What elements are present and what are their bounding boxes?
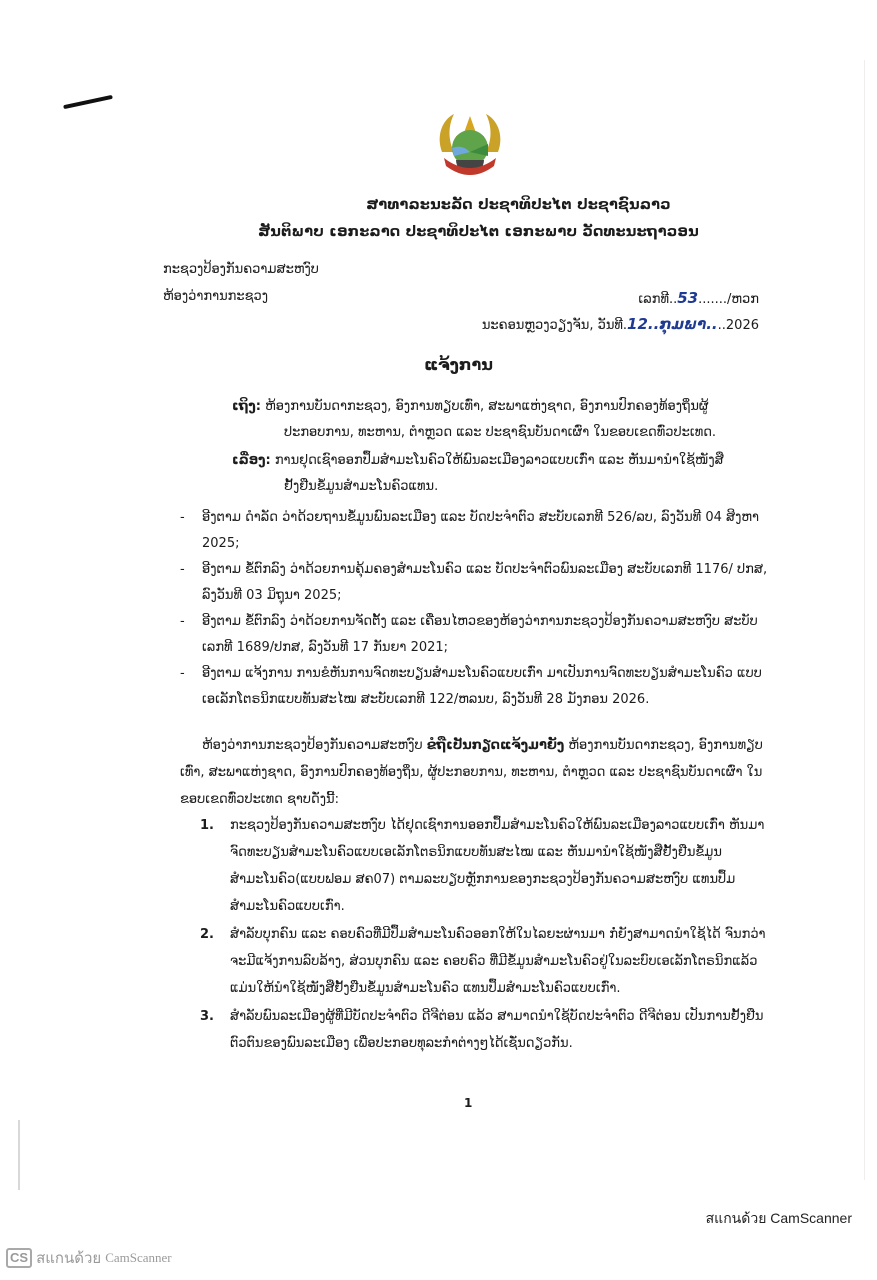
- subject-block: ເລື່ອງ: ການຢຸດເຊົາອອກປຶ້ມສຳມະໂນຄົວໃຫ້ພົນ…: [232, 448, 772, 500]
- national-motto-header: ສັນຕິພາບ ເອກະລາດ ປະຊາທິປະໄຕ ເອກະພາບ ວັດທ…: [40, 224, 877, 240]
- item-number: 1.: [200, 812, 214, 839]
- place-date-prefix: ນະຄອນຫຼວງວຽງຈັນ, ວັນທີ.: [482, 318, 627, 333]
- lao-national-emblem-icon: [432, 108, 508, 184]
- legal-reference-item: -ອີງຕາມ ຂໍ້ຕົກລົງ ວ່າດ້ວຍການຈັດຕັ້ງ ແລະ …: [180, 609, 770, 661]
- camscanner-text: สแกนด้วย: [36, 1246, 101, 1270]
- camscanner-watermark-right: สแกนด้วย CamScanner: [706, 1208, 852, 1230]
- notice-item: 3.ສຳລັບພົນລະເມືອງຜູ້ທີ່ມີບັດປະຈຳຕົວ ດີຈີ…: [200, 1003, 780, 1057]
- item-number: 2.: [200, 921, 214, 948]
- legal-reference-item: -ອີງຕາມ ຂໍ້ຕົກລົງ ວ່າດ້ວຍການຄຸ້ມຄອງສຳມະໂ…: [180, 557, 770, 609]
- subject-line-2: ຢັ້ງຢືນຂໍ້ມູນສຳມະໂນຄົວແທນ.: [232, 474, 772, 500]
- scan-edge-shadow: [18, 1120, 20, 1190]
- document-number: ເລກທີ..53......./ຫວກ: [638, 289, 759, 307]
- scanned-document-page: ສາທາລະນະລັດ ປະຊາທິປະໄຕ ປະຊາຊົນລາວ ສັນຕິພ…: [0, 0, 877, 1280]
- bullet-dash-icon: -: [180, 661, 185, 687]
- item-number: 3.: [200, 1003, 214, 1030]
- intro-paragraph: ຫ້ອງວ່າການກະຊວງປ້ອງກັນຄວາມສະຫງົບ ຂໍຖືເປັ…: [180, 732, 772, 813]
- recipients-label: ເຖິງ:: [232, 399, 261, 414]
- item-text: ກະຊວງປ້ອງກັນຄວາມສະຫງົບ ໄດ້ຢຸດເຊົາການອອກປ…: [230, 818, 764, 914]
- camscanner-watermark-left: CS สแกนด้วย CamScanner: [6, 1246, 172, 1270]
- bullet-dash-icon: -: [180, 609, 185, 635]
- camscanner-logo-icon: CS: [6, 1248, 32, 1268]
- document-title: ແຈ້ງການ: [0, 355, 877, 374]
- legal-references-list: -ອີງຕາມ ດຳລັດ ວ່າດ້ວຍຖານຂໍ້ມູນພົນລະເມືອງ…: [180, 505, 770, 713]
- item-text: ສຳລັບພົນລະເມືອງຜູ້ທີ່ມີບັດປະຈຳຕົວ ດີຈີຕ່…: [230, 1009, 763, 1051]
- scan-artifact-mark: [63, 95, 113, 109]
- document-number-prefix: ເລກທີ..: [638, 292, 677, 307]
- item-text: ສຳລັບບຸກຄົນ ແລະ ຄອບຄົວທີ່ມີປຶ້ມສຳມະໂນຄົວ…: [230, 927, 766, 996]
- subject-line-1: ການຢຸດເຊົາອອກປຶ້ມສຳມະໂນຄົວໃຫ້ພົນລະເມືອງລ…: [275, 453, 724, 468]
- date-year: ..2026: [718, 318, 759, 333]
- bullet-dash-icon: -: [180, 557, 185, 583]
- document-number-suffix: ......./ຫວກ: [698, 292, 759, 307]
- place-and-date: ນະຄອນຫຼວງວຽງຈັນ, ວັນທີ.12..ກຸມພາ....2026: [482, 315, 759, 333]
- intro-part-1: ຫ້ອງວ່າການກະຊວງປ້ອງກັນຄວາມສະຫງົບ: [202, 738, 427, 753]
- notice-item: 2.ສຳລັບບຸກຄົນ ແລະ ຄອບຄົວທີ່ມີປຶ້ມສຳມະໂນຄ…: [200, 921, 780, 1002]
- recipients-line-1: ຫ້ອງການບັນດາກະຊວງ, ອົງການທຽບເທົ່າ, ສະພາແ…: [265, 399, 708, 414]
- page-number: 1: [464, 1096, 472, 1110]
- legal-reference-item: -ອີງຕາມ ແຈ້ງການ ການຂໍຫັນການຈົດທະບຽນສຳມະໂ…: [180, 661, 770, 713]
- document-number-handwritten: 53: [677, 289, 698, 307]
- recipients-line-2: ປະກອບການ, ທະຫານ, ຕຳຫຼວດ ແລະ ປະຊາຊົນບັນດາ…: [232, 420, 772, 446]
- date-handwritten: 12..ກຸມພາ..: [627, 315, 718, 333]
- notice-item: 1.ກະຊວງປ້ອງກັນຄວາມສະຫງົບ ໄດ້ຢຸດເຊົາການອອ…: [200, 812, 780, 920]
- camscanner-brand: CamScanner: [105, 1250, 171, 1266]
- notice-items-list: 1.ກະຊວງປ້ອງກັນຄວາມສະຫງົບ ໄດ້ຢຸດເຊົາການອອ…: [200, 812, 780, 1058]
- subject-label: ເລື່ອງ:: [232, 453, 271, 468]
- issuing-ministry: ກະຊວງປ້ອງກັນຄວາມສະຫງົບ: [163, 262, 319, 277]
- issuing-office: ຫ້ອງວ່າການກະຊວງ: [163, 289, 268, 304]
- bullet-dash-icon: -: [180, 505, 185, 531]
- country-name-header: ສາທາລະນະລັດ ປະຊາທິປະໄຕ ປະຊາຊົນລາວ: [80, 197, 877, 213]
- legal-reference-item: -ອີງຕາມ ດຳລັດ ວ່າດ້ວຍຖານຂໍ້ມູນພົນລະເມືອງ…: [180, 505, 770, 557]
- intro-emphasis: ຂໍຖືເປັນກຽດແຈ້ງມາຍັງ: [427, 738, 565, 753]
- recipients-block: ເຖິງ: ຫ້ອງການບັນດາກະຊວງ, ອົງການທຽບເທົ່າ,…: [232, 394, 772, 446]
